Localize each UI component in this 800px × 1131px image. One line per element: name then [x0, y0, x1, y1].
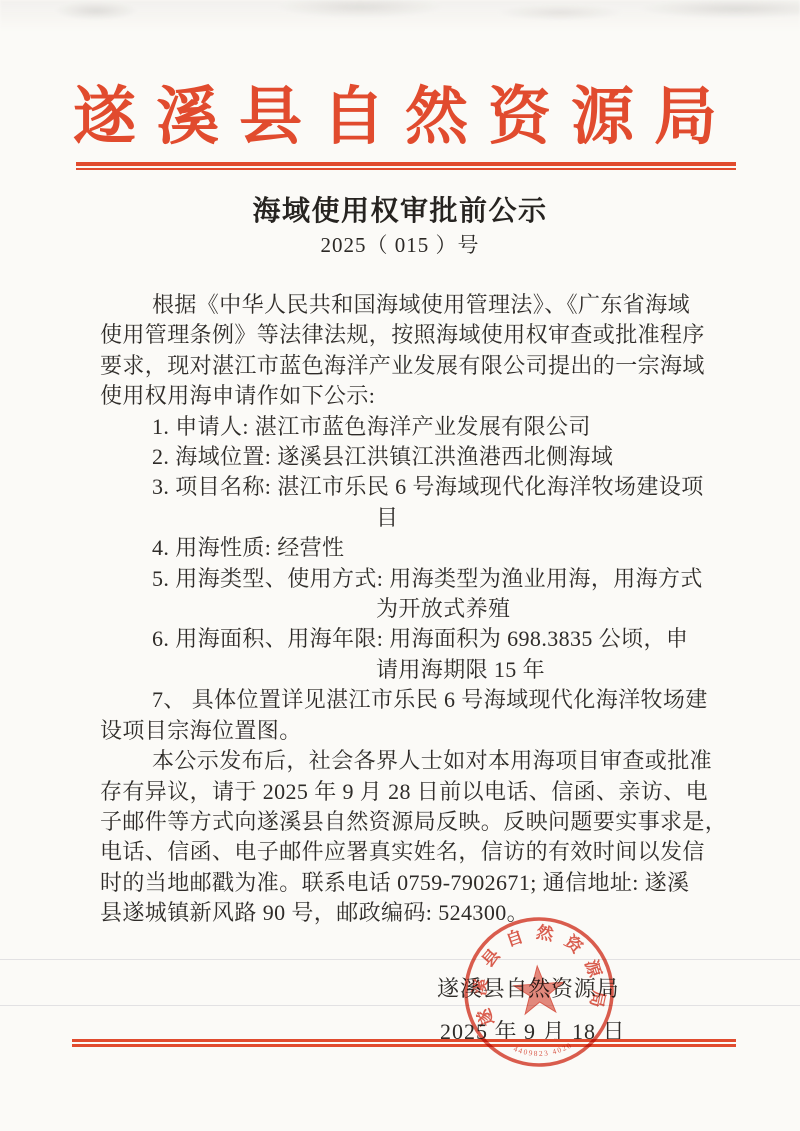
official-seal: 遂溪县自然资源局 4409823 4020	[454, 907, 625, 1078]
list-item-sea-use-type: 5. 用海类型、使用方式: 用海类型为渔业用海，用海方式	[100, 564, 716, 594]
seal-code-text: 4409823 4020	[512, 1040, 575, 1060]
body-line: 要求，现对湛江市蓝色海洋产业发展有限公司提出的一宗海域	[100, 351, 716, 381]
list-item-wrap: 为开放式养殖	[100, 594, 716, 624]
body-line: 存有异议，请于 2025 年 9 月 28 日前以电话、信函、亲访、电	[100, 777, 716, 807]
scan-artifact-line	[0, 1005, 800, 1006]
document-page: 遂溪县自然资源局 海域使用权审批前公示 2025（ 015 ）号 根据《中华人民…	[0, 0, 800, 1131]
list-item-location-map: 7、 具体位置详见湛江市乐民 6 号海域现代化海洋牧场建	[100, 685, 716, 715]
list-item-sea-use-nature: 4. 用海性质: 经营性	[100, 533, 716, 563]
body-line: 县遂城镇新风路 90 号，邮政编码: 524300。	[100, 898, 716, 928]
body-line: 子邮件等方式向遂溪县自然资源局反映。反映问题要实事求是，	[100, 807, 716, 837]
body-line: 使用管理条例》等法律法规，按照海域使用权审查或批准程序	[100, 320, 716, 350]
list-item-project-name: 3. 项目名称: 湛江市乐民 6 号海域现代化海洋牧场建设项	[100, 472, 716, 502]
list-item-sea-location: 2. 海域位置: 遂溪县江洪镇江洪渔港西北侧海域	[100, 442, 716, 472]
body-text: 根据《中华人民共和国海域使用管理法》、《广东省海域 使用管理条例》等法律法规，按…	[100, 290, 716, 929]
list-item-applicant: 1. 申请人: 湛江市蓝色海洋产业发展有限公司	[100, 412, 716, 442]
list-item-wrap: 请用海期限 15 年	[100, 655, 716, 685]
list-item-sea-area-term: 6. 用海面积、用海年限: 用海面积为 698.3835 公顷，申	[100, 624, 716, 654]
body-line: 本公示发布后，社会各界人士如对本用海项目审查或批准	[100, 746, 716, 776]
body-line: 电话、信函、电子邮件应署真实姓名，信访的有效时间以发信	[100, 837, 716, 867]
footer-divider-top-line	[72, 1039, 736, 1042]
header-divider-thick-line	[76, 162, 736, 166]
footer-divider	[72, 1039, 736, 1047]
list-item-wrap: 设项目宗海位置图。	[100, 716, 716, 746]
scan-artifact-line	[0, 959, 800, 960]
header-divider	[76, 162, 736, 170]
body-line: 时的当地邮戳为准。联系电话 0759-7902671; 通信地址: 遂溪	[100, 868, 716, 898]
body-line: 根据《中华人民共和国海域使用管理法》、《广东省海域	[100, 290, 716, 320]
header-divider-thin-line	[76, 168, 736, 170]
agency-header-title: 遂溪县自然资源局	[0, 84, 800, 150]
star-icon	[513, 964, 566, 1014]
list-item-wrap: 目	[100, 503, 716, 533]
document-title: 海域使用权审批前公示	[0, 189, 800, 229]
footer-divider-bottom-line	[72, 1044, 736, 1047]
document-number: 2025（ 015 ）号	[0, 229, 800, 259]
body-line: 使用权用海申请作如下公示:	[100, 381, 716, 411]
scan-artifact-top	[0, 0, 800, 36]
